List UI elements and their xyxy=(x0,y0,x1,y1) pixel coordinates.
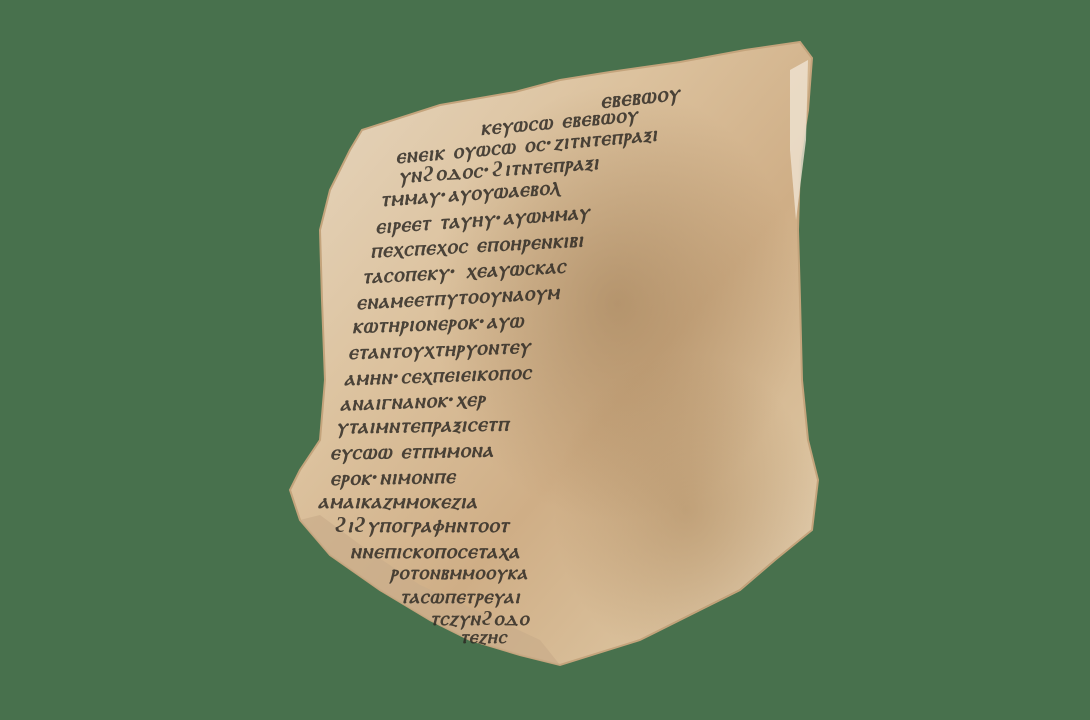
inscription: ⲉⲃⲉⲃⲱⲟⲩ ⲕⲉⲩⲱⲥⲱ ⲉⲃⲉⲃⲱⲟⲩ ⲉⲛⲉⲓⲕ ⲟⲩⲱⲥⲱ ⲟⲥ·ⲍⲓ… xyxy=(0,0,1090,720)
inscription-line: ⲣⲟⲧⲟⲛⲃⲙⲙⲟⲟⲩⲕⲁ xyxy=(390,560,528,584)
inscription-line: ⲧⲁⲥⲱⲡⲉⲧⲣⲉⲩⲁⲓ xyxy=(400,584,520,608)
inscription-line: ⲩⲧⲁⲓⲙⲛⲧⲉⲡⲣⲁⲝⲓⲥⲉⲧⲡ xyxy=(336,410,510,439)
inscription-line: ⲉⲣⲟⲕ·ⲛⲓⲙⲟⲛⲡⲉ xyxy=(330,463,456,491)
inscription-line: ⲉⲩⲥⲱⲱ ⲉⲧⲡⲙⲙⲟⲛⲁ xyxy=(330,437,494,466)
inscription-line: ϩⲓϩⲩⲡⲟⲅⲣⲁⲫⲏⲛⲧⲟⲟⲧ xyxy=(334,512,509,538)
inscription-line: ⲧⲉⲍⲏⲥ xyxy=(460,626,507,648)
inscription-line: ⲁⲙⲁⲓⲕⲁⲍⲙⲙⲟⲕⲉⲍⲓⲁ xyxy=(318,488,478,514)
